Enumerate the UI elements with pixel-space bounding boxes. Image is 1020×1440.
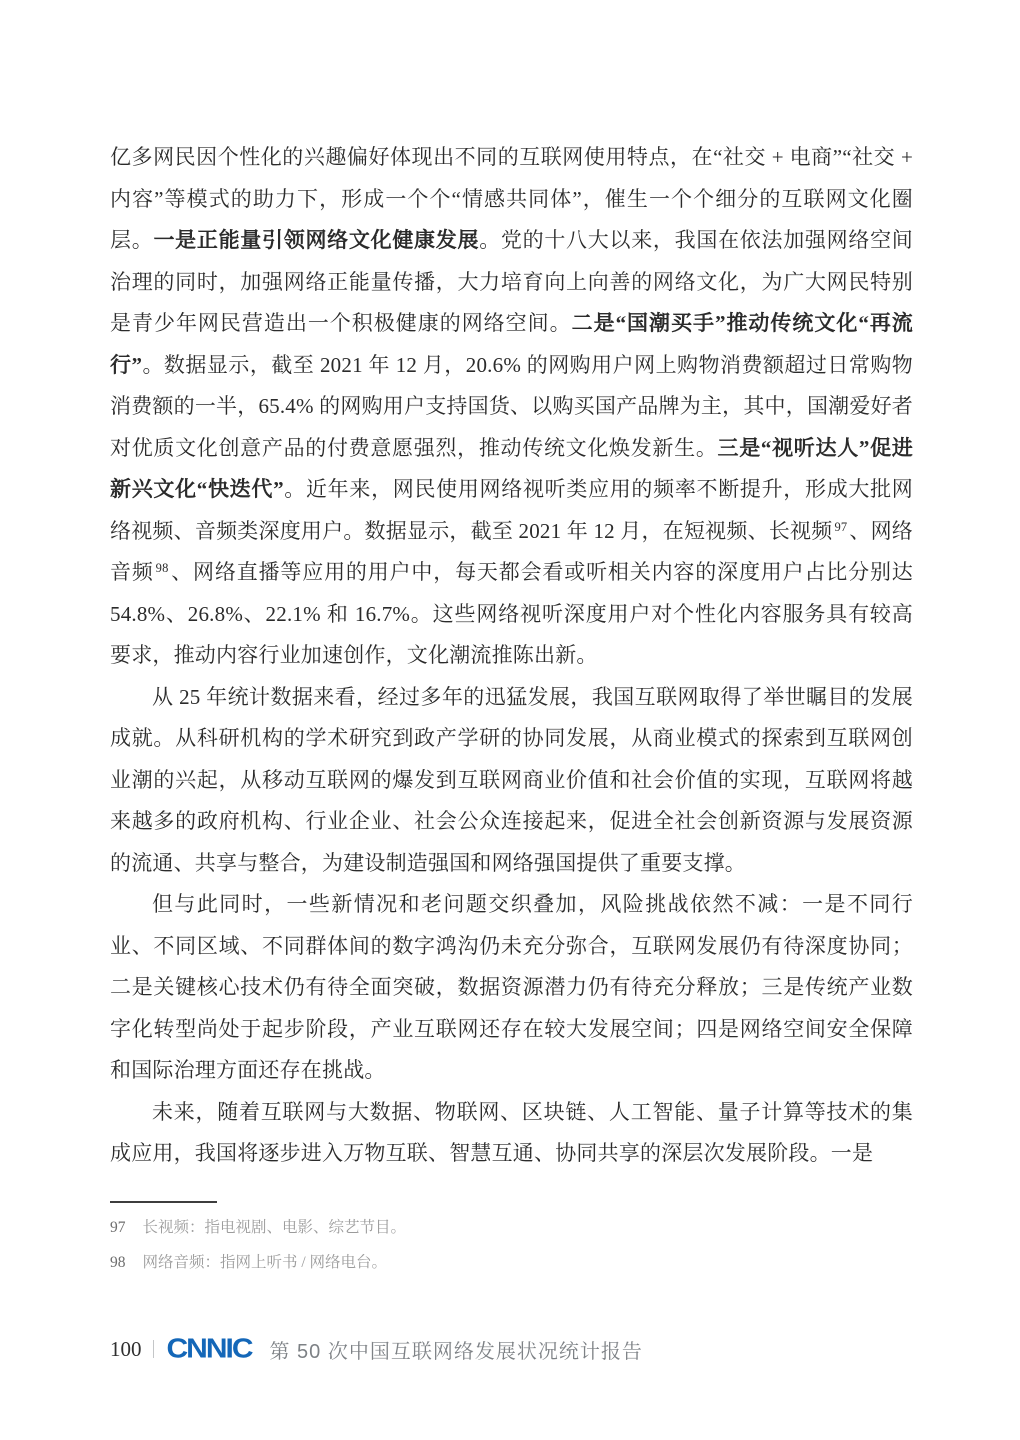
footnote-text: 长视频：指电视剧、电影、综艺节目。 (143, 1219, 407, 1236)
footnote-number: 98 (110, 1254, 126, 1271)
text-run: 、网络直播等应用的用户中，每天都会看或听相关内容的深度用户占比分别达 54.8%… (110, 560, 913, 667)
body-paragraph: 但与此同时，一些新情况和老问题交织叠加，风险挑战依然不减：一是不同行业、不同区域… (110, 884, 913, 1092)
footnotes: 97长视频：指电视剧、电影、综艺节目。98网络音频：指网上听书 / 网络电台。 (110, 1201, 913, 1273)
footnote-list: 97长视频：指电视剧、电影、综艺节目。98网络音频：指网上听书 / 网络电台。 (110, 1217, 913, 1273)
bold-run: 一是正能量引领网络文化健康发展 (153, 228, 479, 252)
footnote-item: 97长视频：指电视剧、电影、综艺节目。 (110, 1217, 913, 1238)
cnnic-logo: CNNIC (167, 1333, 252, 1364)
document-page: 亿多网民因个性化的兴趣偏好体现出不同的互联网使用特点，在“社交 + 电商”“社交… (0, 0, 1020, 1440)
text-run: 从 25 年统计数据来看，经过多年的迅猛发展，我国互联网取得了举世瞩目的发展成就… (110, 685, 913, 875)
body-paragraph: 亿多网民因个性化的兴趣偏好体现出不同的互联网使用特点，在“社交 + 电商”“社交… (110, 137, 913, 677)
footnote-ref: 97 (834, 520, 847, 534)
footer-divider (153, 1340, 154, 1358)
footnote-text: 网络音频：指网上听书 / 网络电台。 (143, 1254, 388, 1271)
footnote-separator (110, 1201, 217, 1203)
footnote-item: 98网络音频：指网上听书 / 网络电台。 (110, 1252, 913, 1273)
body-paragraph: 从 25 年统计数据来看，经过多年的迅猛发展，我国互联网取得了举世瞩目的发展成就… (110, 677, 913, 885)
body-paragraph: 未来，随着互联网与大数据、物联网、区块链、人工智能、量子计算等技术的集成应用，我… (110, 1092, 913, 1175)
text-run: 但与此同时，一些新情况和老问题交织叠加，风险挑战依然不减：一是不同行业、不同区域… (110, 892, 913, 1082)
report-title: 第 50 次中国互联网络发展状况统计报告 (270, 1335, 643, 1364)
footnote-number: 97 (110, 1219, 126, 1236)
page-footer: 100 CNNIC 第 50 次中国互联网络发展状况统计报告 (110, 1331, 643, 1367)
body-text: 亿多网民因个性化的兴趣偏好体现出不同的互联网使用特点，在“社交 + 电商”“社交… (110, 137, 913, 1175)
footnote-ref: 98 (156, 561, 169, 575)
text-run: 未来，随着互联网与大数据、物联网、区块链、人工智能、量子计算等技术的集成应用，我… (110, 1100, 913, 1166)
page-number: 100 (110, 1337, 142, 1362)
